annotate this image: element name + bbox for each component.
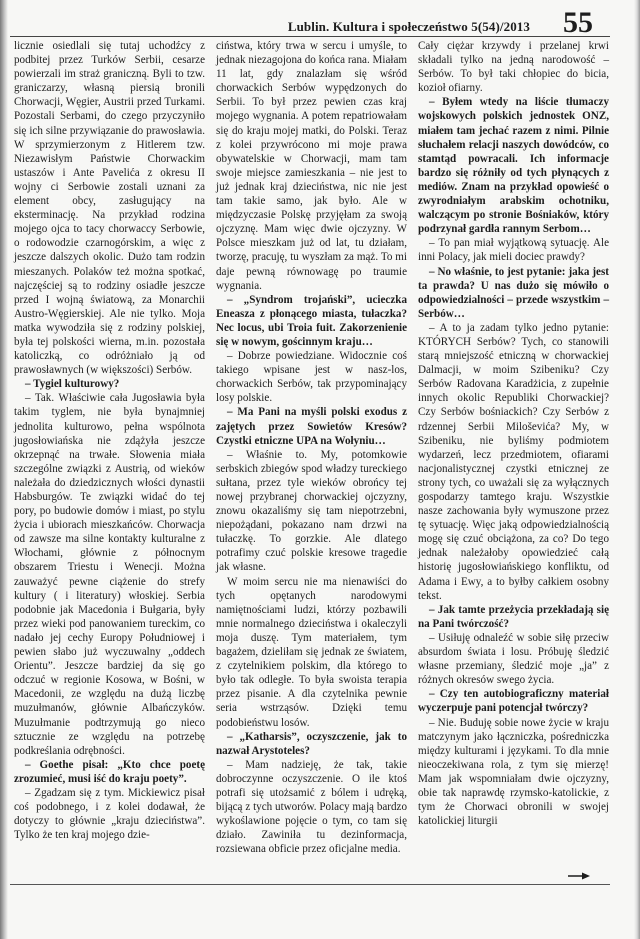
interview-question: – „Katharsis”, oczyszczenie, jak to nazw… [216,730,407,758]
interview-answer: Cały ciężar krzywdy i przelanej krwi skł… [418,39,609,95]
interview-answer: – Zgadzam się z tym. Mickiewicz pisał co… [14,786,205,842]
footer-rule [10,884,610,885]
interview-answer: – Mam nadzieję, że tak, takie dobroczynn… [216,758,407,857]
interview-question: – Jak tamte przeżycia przekładają się na… [418,603,609,631]
page-number: 55 [563,6,593,40]
running-header: Lublin. Kultura i społeczeństwo 5(54)/20… [10,10,610,37]
interview-question: – Goethe pisał: „Kto chce poetę zrozumie… [14,758,205,786]
arrow-right-icon [568,872,590,880]
interview-answer: ciństwa, który trwa w sercu i umyśle, to… [216,39,407,293]
interview-question: – Ma Pani na myśli polski exodus z zajęt… [216,405,407,447]
interview-answer: – Tak. Właściwie cała Jugosławia była ta… [14,391,205,757]
interview-question: – Czy ten autobiograficzny materiał wycz… [418,687,609,715]
interview-answer: W moim sercu nie ma nienawiści do tych o… [216,575,407,730]
interview-question: – No właśnie, to jest pytanie: jaka jest… [418,265,609,321]
journal-title: Lublin. Kultura i społeczeństwo 5(54)/20… [288,19,530,35]
interview-answer: – Dobrze powiedziane. Widocznie coś taki… [216,349,407,405]
interview-answer: – Właśnie to. My, potomkowie serbskich z… [216,448,407,575]
interview-answer: – A to ja zadam tylko jedno pytanie: KTÓ… [418,321,609,603]
interview-answer: – Nie. Buduję sobie nowe życie w kraju m… [418,716,609,829]
interview-answer: licznie osiedlali się tutaj uchodźcy z p… [14,39,205,377]
page-binding-shadow [0,0,8,939]
interview-question: – Byłem wtedy na liście tłumaczy wojskow… [418,95,609,236]
interview-answer: – Usiłuję odnaleźć w sobie siłę przeciw … [418,631,609,687]
column-left: licznie osiedlali się tutaj uchodźcy z p… [14,39,205,884]
interview-question: – Tygiel kulturowy? [14,377,205,391]
article-body: licznie osiedlali się tutaj uchodźcy z p… [14,39,610,884]
column-middle: ciństwa, który trwa w sercu i umyśle, to… [216,39,407,884]
page-edge-shadow [634,0,640,939]
interview-answer: – To pan miał wyjątkową sytuację. Ale in… [418,236,609,264]
interview-question: – „Syndrom trojański”, ucieczka Eneasza … [216,293,407,349]
column-right: Cały ciężar krzywdy i przelanej krwi skł… [418,39,609,884]
